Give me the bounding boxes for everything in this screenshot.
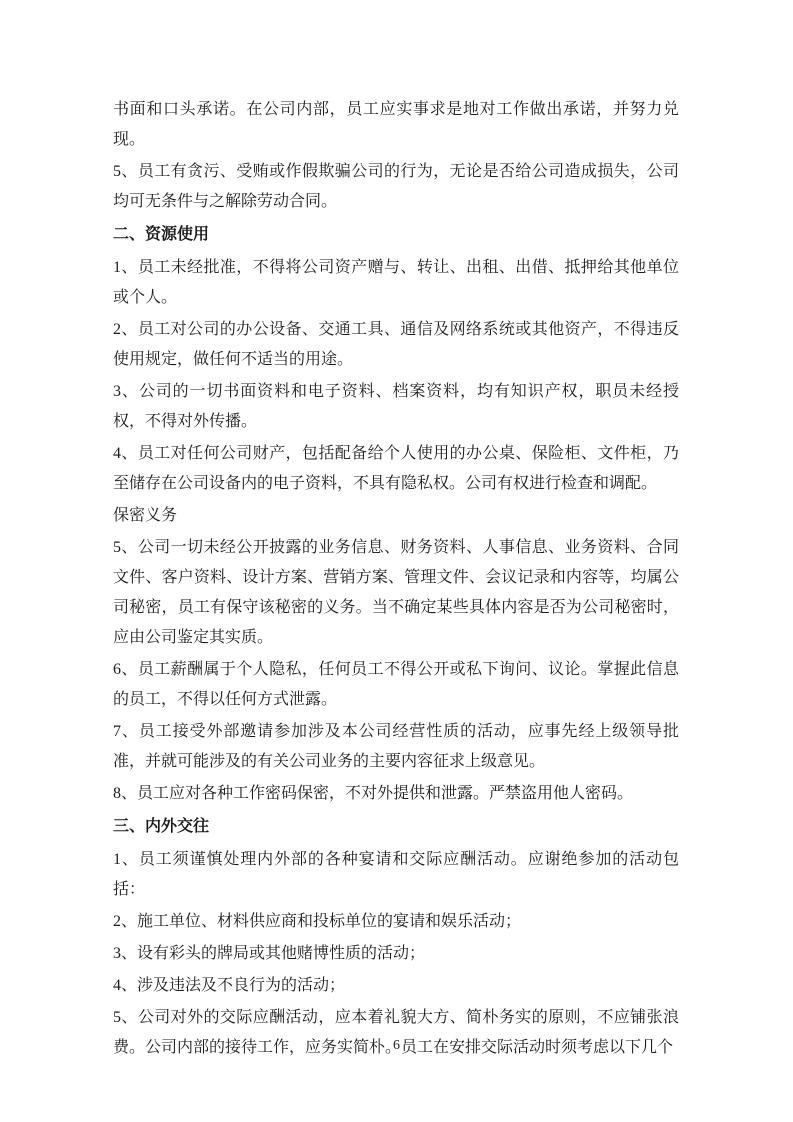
paragraph: 5、员工有贪污、受贿或作假欺骗公司的行为，无论是否给公司造成损失，公司均可无条件…: [113, 157, 679, 217]
page-number: 6: [0, 1036, 793, 1056]
paragraph: 4、员工对任何公司财产，包括配备给个人使用的办公桌、保险柜、文件柜，乃至储存在公…: [113, 439, 679, 499]
paragraph: 2、施工单位、材料供应商和投标单位的宴请和娱乐活动；: [113, 907, 679, 937]
section-heading-resources: 二、资源使用: [113, 220, 679, 250]
section-heading-relations: 三、内外交往: [113, 812, 679, 842]
paragraph: 1、员工未经批准，不得将公司资产赠与、转让、出租、出借、抵押给其他单位或个人。: [113, 253, 679, 313]
paragraph: 2、员工对公司的办公设备、交通工具、通信及网络系统或其他资产，不得违反使用规定，…: [113, 315, 679, 375]
paragraph: 5、公司一切未经公开披露的业务信息、财务资料、人事信息、业务资料、合同文件、客户…: [113, 533, 679, 653]
paragraph: 1、员工须谨慎处理内外部的各种宴请和交际应酬活动。应谢绝参加的活动包括：: [113, 845, 679, 905]
paragraph: 6、员工薪酬属于个人隐私，任何员工不得公开或私下询问、议论。掌握此信息的员工，不…: [113, 655, 679, 715]
paragraph: 8、员工应对各种工作密码保密，不对外提供和泄露。严禁盗用他人密码。: [113, 779, 679, 809]
paragraph: 3、公司的一切书面资料和电子资料、档案资料，均有知识产权，职员未经授权，不得对外…: [113, 377, 679, 437]
paragraph: 7、员工接受外部邀请参加涉及本公司经营性质的活动，应事先经上级领导批准，并就可能…: [113, 717, 679, 777]
subheading-confidentiality: 保密义务: [113, 501, 679, 531]
paragraph-continuation: 书面和口头承诺。在公司内部，员工应实事求是地对工作做出承诺，并努力兑现。: [113, 95, 679, 155]
paragraph: 4、涉及违法及不良行为的活动；: [113, 971, 679, 1001]
paragraph: 3、设有彩头的牌局或其他赌博性质的活动；: [113, 939, 679, 969]
document-page: 书面和口头承诺。在公司内部，员工应实事求是地对工作做出承诺，并努力兑现。 5、员…: [0, 0, 793, 1122]
document-body: 书面和口头承诺。在公司内部，员工应实事求是地对工作做出承诺，并努力兑现。 5、员…: [113, 95, 679, 1065]
